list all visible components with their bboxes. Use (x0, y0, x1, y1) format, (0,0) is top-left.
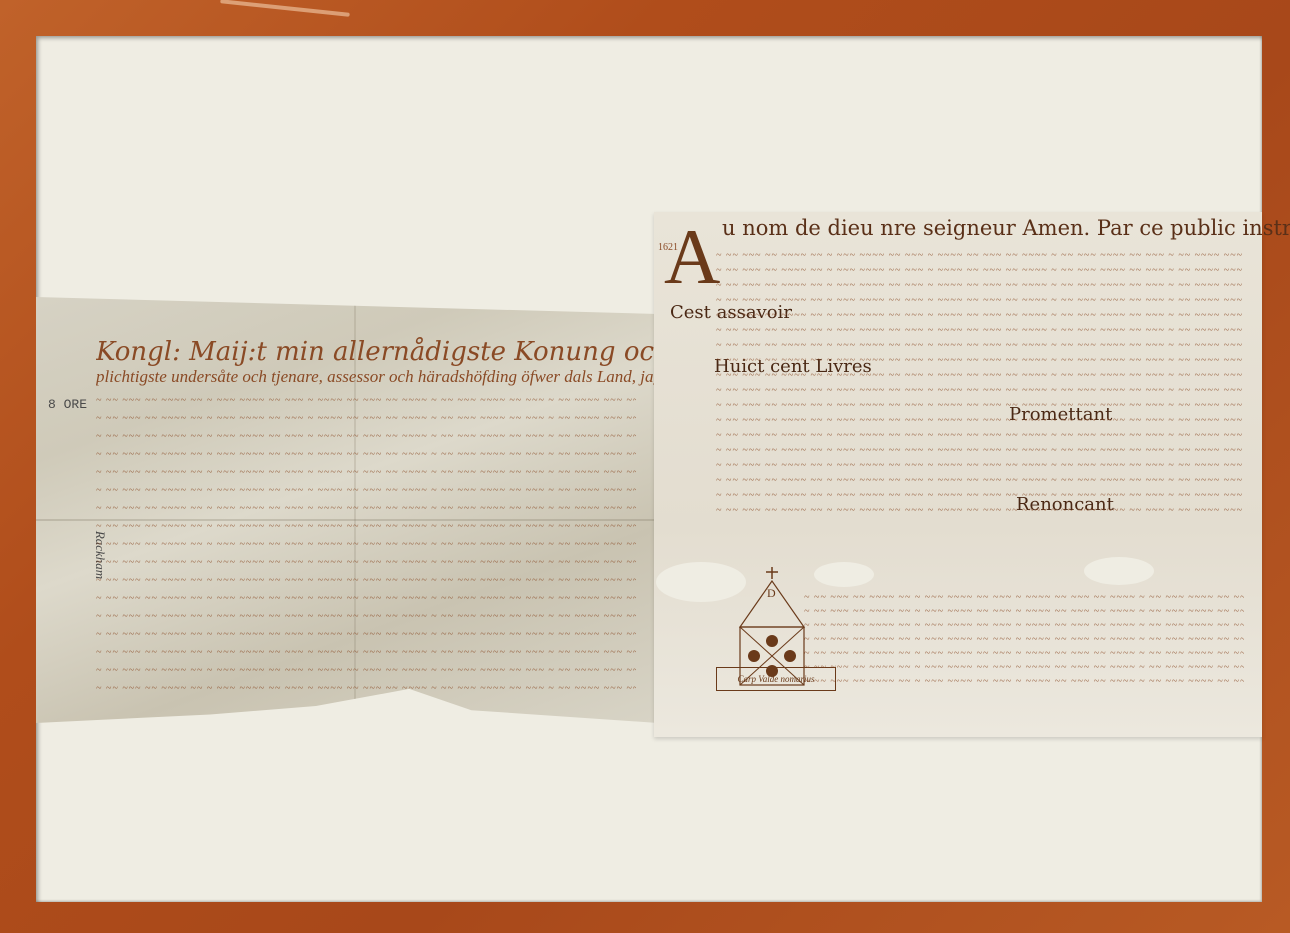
handwriting-line: ~ ~~ ~~~ ~~ ~~~~ ~~ ~ ~~~ ~~~~ ~~ ~~~ ~ … (96, 593, 636, 604)
handwriting-line: ~ ~~ ~~~ ~~ ~~~~ ~~ ~ ~~~ ~~~~ ~~ ~~~ ~ … (804, 634, 1244, 645)
handwriting-line: ~ ~~ ~~~ ~~ ~~~~ ~~ ~ ~~~ ~~~~ ~~ ~~~ ~ … (716, 385, 1246, 396)
handwriting-line: ~ ~~ ~~~ ~~ ~~~~ ~~ ~ ~~~ ~~~~ ~~ ~~~ ~ … (96, 683, 636, 694)
handwriting-line: ~ ~~ ~~~ ~~ ~~~~ ~~ ~ ~~~ ~~~~ ~~ ~~~ ~ … (716, 445, 1246, 456)
handwriting-line: ~ ~~ ~~~ ~~ ~~~~ ~~ ~ ~~~ ~~~~ ~~ ~~~ ~ … (96, 467, 636, 478)
handwriting-line: ~ ~~ ~~~ ~~ ~~~~ ~~ ~ ~~~ ~~~~ ~~ ~~~ ~ … (716, 490, 1246, 501)
handwriting-line: ~ ~~ ~~~ ~~ ~~~~ ~~ ~ ~~~ ~~~~ ~~ ~~~ ~ … (804, 662, 1244, 673)
handwriting-line: ~ ~~ ~~~ ~~ ~~~~ ~~ ~ ~~~ ~~~~ ~~ ~~~ ~ … (716, 280, 1246, 291)
handwriting-line: ~ ~~ ~~~ ~~ ~~~~ ~~ ~ ~~~ ~~~~ ~~ ~~~ ~ … (96, 521, 636, 532)
handwriting-line: ~ ~~ ~~~ ~~ ~~~~ ~~ ~ ~~~ ~~~~ ~~ ~~~ ~ … (96, 539, 636, 550)
handwriting-line: ~ ~~ ~~~ ~~ ~~~~ ~~ ~ ~~~ ~~~~ ~~ ~~~ ~ … (716, 265, 1246, 276)
document-subheading: plichtigste undersåte och tjenare, asses… (96, 367, 662, 387)
handwriting-line: ~ ~~ ~~~ ~~ ~~~~ ~~ ~ ~~~ ~~~~ ~~ ~~~ ~ … (96, 575, 636, 586)
handwriting-line: ~ ~~ ~~~ ~~ ~~~~ ~~ ~ ~~~ ~~~~ ~~ ~~~ ~ … (96, 485, 636, 496)
handwriting-line: ~ ~~ ~~~ ~~ ~~~~ ~~ ~ ~~~ ~~~~ ~~ ~~~ ~ … (804, 648, 1244, 659)
french-manuscript: 1621 A u nom de dieu nre seigneur Amen. … (654, 212, 1262, 737)
handwriting-line: ~ ~~ ~~~ ~~ ~~~~ ~~ ~ ~~~ ~~~~ ~~ ~~~ ~ … (96, 449, 636, 460)
handwriting-line: ~ ~~ ~~~ ~~ ~~~~ ~~ ~ ~~~ ~~~~ ~~ ~~~ ~ … (716, 430, 1246, 441)
handwriting-line: ~ ~~ ~~~ ~~ ~~~~ ~~ ~ ~~~ ~~~~ ~~ ~~~ ~ … (96, 413, 636, 424)
handwriting-line: ~ ~~ ~~~ ~~ ~~~~ ~~ ~ ~~~ ~~~~ ~~ ~~~ ~ … (716, 505, 1246, 516)
handwriting-line: ~ ~~ ~~~ ~~ ~~~~ ~~ ~ ~~~ ~~~~ ~~ ~~~ ~ … (716, 370, 1246, 381)
stamp-text: 8 ORE (48, 397, 87, 412)
svg-text:D: D (767, 586, 776, 600)
handwriting-line: ~ ~~ ~~~ ~~ ~~~~ ~~ ~ ~~~ ~~~~ ~~ ~~~ ~ … (96, 557, 636, 568)
handwriting-line: ~ ~~ ~~~ ~~ ~~~~ ~~ ~ ~~~ ~~~~ ~~ ~~~ ~ … (96, 395, 636, 406)
handwriting-line: ~ ~~ ~~~ ~~ ~~~~ ~~ ~ ~~~ ~~~~ ~~ ~~~ ~ … (716, 340, 1246, 351)
handwriting-line: ~ ~~ ~~~ ~~ ~~~~ ~~ ~ ~~~ ~~~~ ~~ ~~~ ~ … (96, 611, 636, 622)
handwriting-line: ~ ~~ ~~~ ~~ ~~~~ ~~ ~ ~~~ ~~~~ ~~ ~~~ ~ … (716, 310, 1246, 321)
swedish-manuscript: Kongl: Maij:t min allernådigste Konung o… (36, 297, 658, 723)
handwriting-line: ~ ~~ ~~~ ~~ ~~~~ ~~ ~ ~~~ ~~~~ ~~ ~~~ ~ … (96, 665, 636, 676)
handwriting-line: ~ ~~ ~~~ ~~ ~~~~ ~~ ~ ~~~ ~~~~ ~~ ~~~ ~ … (804, 676, 1244, 687)
handwriting-line: ~ ~~ ~~~ ~~ ~~~~ ~~ ~ ~~~ ~~~~ ~~ ~~~ ~ … (804, 606, 1244, 617)
handwriting-line: ~ ~~ ~~~ ~~ ~~~~ ~~ ~ ~~~ ~~~~ ~~ ~~~ ~ … (716, 325, 1246, 336)
handwriting-line: ~ ~~ ~~~ ~~ ~~~~ ~~ ~ ~~~ ~~~~ ~~ ~~~ ~ … (96, 503, 636, 514)
handwriting-line: ~ ~~ ~~~ ~~ ~~~~ ~~ ~ ~~~ ~~~~ ~~ ~~~ ~ … (716, 475, 1246, 486)
handwriting-line: ~ ~~ ~~~ ~~ ~~~~ ~~ ~ ~~~ ~~~~ ~~ ~~~ ~ … (716, 400, 1246, 411)
handwriting-line: ~ ~~ ~~~ ~~ ~~~~ ~~ ~ ~~~ ~~~~ ~~ ~~~ ~ … (716, 415, 1246, 426)
document-heading: u nom de dieu nre seigneur Amen. Par ce … (722, 216, 1290, 240)
handwriting-line: ~ ~~ ~~~ ~~ ~~~~ ~~ ~ ~~~ ~~~~ ~~ ~~~ ~ … (96, 629, 636, 640)
handwriting-line: ~ ~~ ~~~ ~~ ~~~~ ~~ ~ ~~~ ~~~~ ~~ ~~~ ~ … (716, 355, 1246, 366)
handwriting-line: ~ ~~ ~~~ ~~ ~~~~ ~~ ~ ~~~ ~~~~ ~~ ~~~ ~ … (716, 295, 1246, 306)
handwriting-line: ~ ~~ ~~~ ~~ ~~~~ ~~ ~ ~~~ ~~~~ ~~ ~~~ ~ … (804, 592, 1244, 603)
handwriting-line: ~ ~~ ~~~ ~~ ~~~~ ~~ ~ ~~~ ~~~~ ~~ ~~~ ~ … (716, 250, 1246, 261)
illuminated-initial: A (664, 218, 720, 296)
handwriting-line: ~ ~~ ~~~ ~~ ~~~~ ~~ ~ ~~~ ~~~~ ~~ ~~~ ~ … (716, 460, 1246, 471)
handwriting-line: ~ ~~ ~~~ ~~ ~~~~ ~~ ~ ~~~ ~~~~ ~~ ~~~ ~ … (96, 647, 636, 658)
handwriting-line: ~ ~~ ~~~ ~~ ~~~~ ~~ ~ ~~~ ~~~~ ~~ ~~~ ~ … (804, 620, 1244, 631)
handwriting-line: ~ ~~ ~~~ ~~ ~~~~ ~~ ~ ~~~ ~~~~ ~~ ~~~ ~ … (96, 431, 636, 442)
